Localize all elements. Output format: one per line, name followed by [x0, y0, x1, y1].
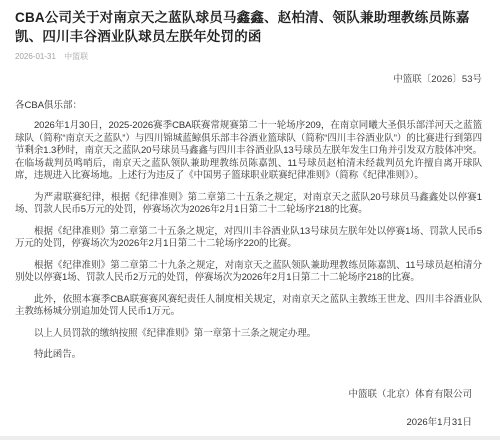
- article-page: CBA公司关于对南京天之蓝队球员马鑫鑫、赵柏清、领队兼助理教练员陈嘉凯、四川丰谷…: [0, 0, 500, 440]
- letter-paragraph: 以上人员罚款的缴纳按照《纪律准则》第一章第十三条之规定办理。: [15, 328, 482, 341]
- signature-block: 中篮联（北京）体育有限公司 2026年1月31日: [348, 386, 472, 428]
- article-date: 2026-01-31: [15, 52, 56, 61]
- letter-paragraph: 根据《纪律准则》第二章第二十五条之规定，对四川丰谷酒业队13号球员左朕年处以停赛…: [15, 226, 482, 251]
- doc-number: 中篮联〔2026〕53号: [15, 71, 482, 85]
- letter-salutation: 各CBA俱乐部：: [15, 97, 482, 111]
- letter-paragraph: 根据《纪律准则》第二章第二十九条之规定，对南京天之蓝队领队兼助理教练员陈嘉凯、1…: [15, 260, 482, 285]
- signature-date: 2026年1月31日: [348, 414, 472, 428]
- letter-body: 2026年1月30日，2025-2026赛季CBA联赛常规赛第二十一轮场序209…: [15, 120, 482, 362]
- article-source: 中篮联: [64, 52, 88, 61]
- article-meta: 2026-01-31 中篮联: [15, 51, 482, 62]
- page-background-strip: [0, 436, 500, 440]
- signature-company: 中篮联（北京）体育有限公司: [348, 386, 472, 400]
- letter-paragraph: 此外，依照本赛季CBA联赛赛风赛纪责任人制度相关规定，对南京天之蓝队主教练王世龙…: [15, 294, 482, 319]
- page-title: CBA公司关于对南京天之蓝队球员马鑫鑫、赵柏清、领队兼助理教练员陈嘉凯、四川丰谷…: [15, 8, 482, 46]
- letter-paragraph: 2026年1月30日，2025-2026赛季CBA联赛常规赛第二十一轮场序209…: [15, 120, 482, 183]
- letter-paragraph: 为严肃联赛纪律，根据《纪律准则》第二章第二十五条之规定，对南京天之蓝队20号球员…: [15, 192, 482, 217]
- letter-closing: 特此函告。: [15, 349, 482, 362]
